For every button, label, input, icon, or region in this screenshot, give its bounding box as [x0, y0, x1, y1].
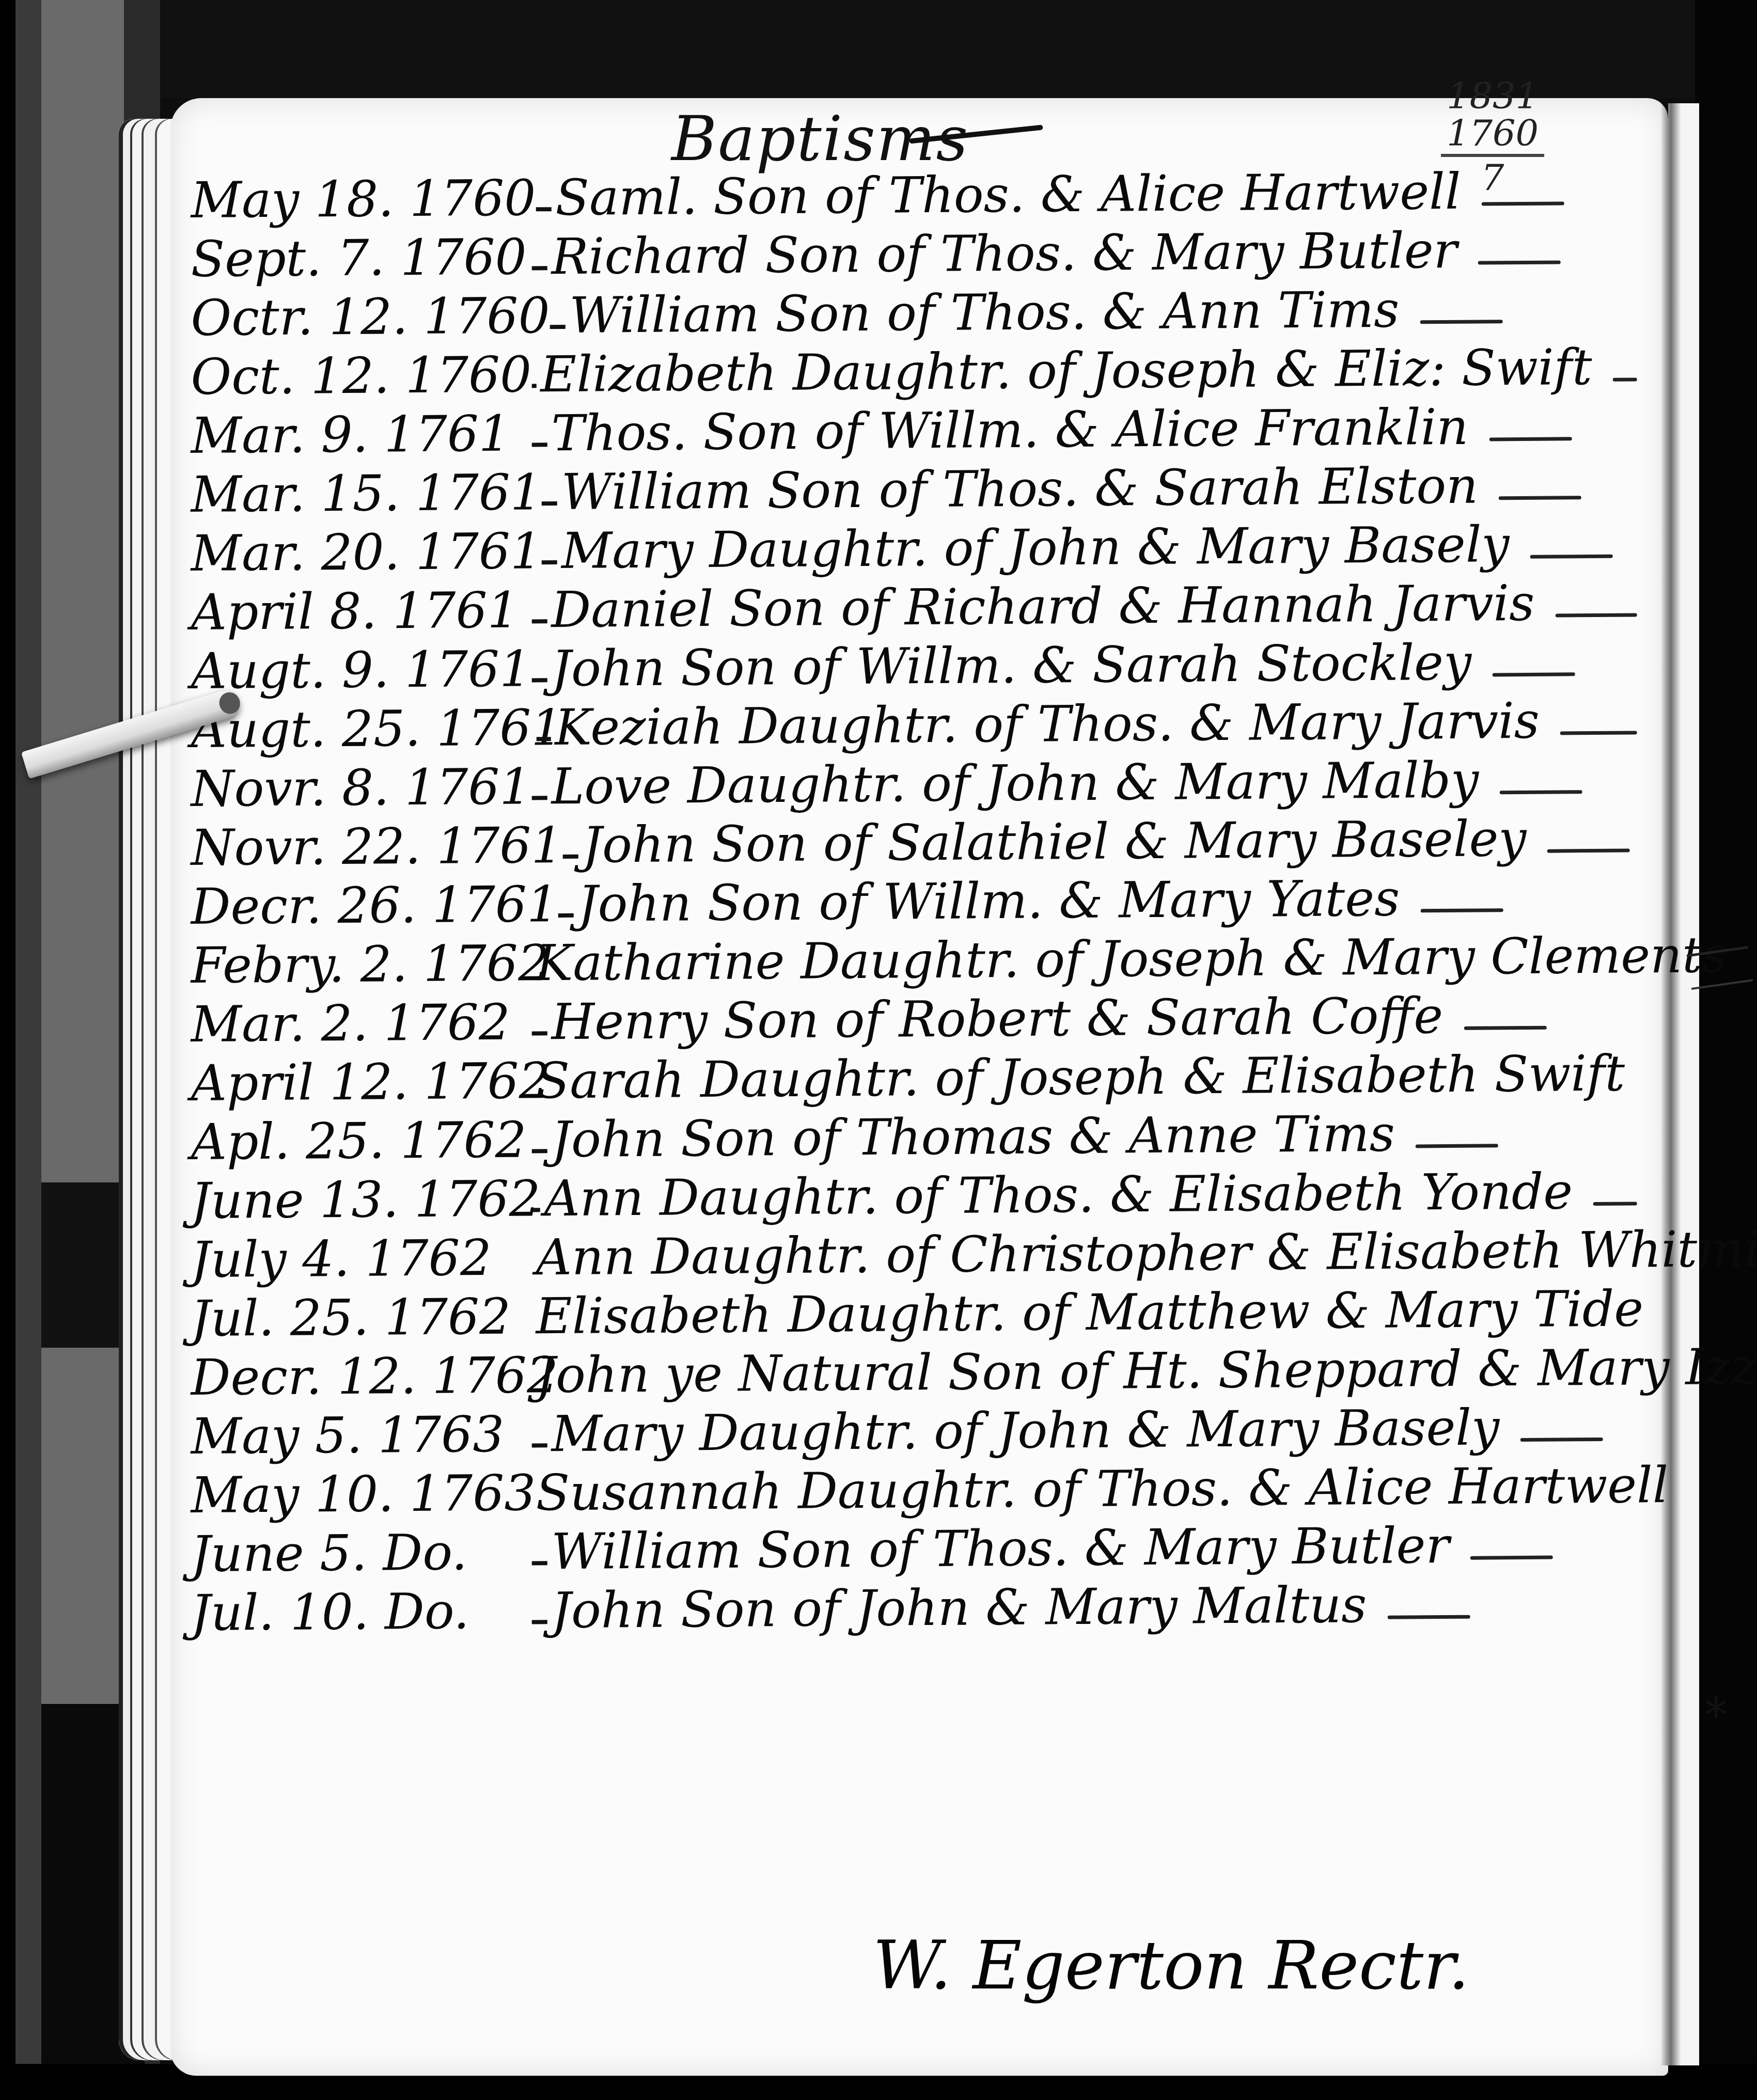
entry-text: William Son of Thos. & Sarah Elston	[561, 457, 1479, 521]
entry-line-filler	[1420, 908, 1503, 912]
entry-dash	[532, 266, 547, 270]
entry-text: Saml. Son of Thos. & Alice Hartwell	[555, 163, 1461, 227]
reference-note-line: 1760	[1436, 115, 1549, 152]
entry-line-filler	[1520, 1438, 1603, 1442]
baptism-register: May 18. 1760Saml. Son of Thos. & Alice H…	[191, 170, 1637, 1642]
entry-text: Ann Daughtr. of Christopher & Elisabeth …	[536, 1220, 1757, 1287]
entry-date: Mar. 2. 1762	[191, 993, 532, 1053]
entry-dash	[532, 443, 547, 447]
reference-note-line: 1831	[1436, 77, 1549, 115]
entry-date: Jul. 25. 1762	[191, 1287, 532, 1348]
entry-date: Decr. 12. 1762	[191, 1346, 532, 1407]
entry-dash	[563, 855, 578, 859]
entry-date: July 4. 1762	[191, 1228, 532, 1289]
register-entry: Apl. 25. 1762John Son of Thomas & Anne T…	[191, 1102, 1637, 1171]
entry-date: May 18. 1760	[191, 169, 536, 229]
entry-line-filler	[1593, 1202, 1637, 1206]
register-entry: Octr. 12. 1760William Son of Thos. & Ann…	[191, 278, 1637, 347]
register-entry: Augt. 25. 1761Keziah Daughtr. of Thos. &…	[191, 690, 1637, 759]
entry-dash	[536, 737, 551, 741]
entry-line-filler	[1530, 555, 1613, 559]
entry-date: Sept. 7. 1760	[191, 228, 532, 288]
entry-text: Ann Daughtr. of Thos. & Elisabeth Yonde	[544, 1162, 1573, 1227]
entry-dash	[532, 384, 537, 388]
register-entry: Febry. 2. 1762Katharine Daughtr. of Jose…	[191, 925, 1637, 994]
entry-line-filler	[1464, 1026, 1546, 1030]
entry-date: May 10. 1763	[191, 1464, 532, 1524]
entry-date: April 12. 1762	[191, 1052, 532, 1112]
entry-line-filler	[1478, 260, 1561, 264]
entry-date: Augt. 25. 1761	[191, 699, 536, 759]
entry-text: Daniel Son of Richard & Hannah Jarvis	[551, 574, 1535, 639]
entry-line-filler	[1499, 790, 1582, 794]
entry-dash	[550, 325, 566, 329]
asterisk-mark: *	[1704, 1688, 1728, 1743]
entry-line-filler	[1492, 672, 1575, 676]
register-entry: Oct. 12. 1760Elizabeth Daughtr. of Josep…	[191, 337, 1637, 406]
register-entry: Mar. 15. 1761William Son of Thos. & Sara…	[191, 454, 1637, 524]
entry-line-filler	[1482, 201, 1564, 206]
register-entry: Decr. 12. 1762John ye Natural Son of Ht.…	[191, 1337, 1637, 1407]
entry-dash	[532, 1208, 540, 1212]
register-entry: June 13. 1762Ann Daughtr. of Thos. & Eli…	[191, 1161, 1637, 1230]
entry-text: John Son of Willm. & Sarah Stockley	[551, 634, 1471, 698]
entry-line-filler	[1613, 377, 1637, 381]
entry-line-filler	[1416, 1144, 1498, 1148]
entry-text: John Son of Willm. & Mary Yates	[578, 870, 1400, 933]
register-entry: May 5. 1763Mary Daughtr. of John & Mary …	[191, 1396, 1637, 1465]
entry-date: Novr. 22. 1761	[191, 816, 563, 877]
entry-date: Augt. 9. 1761	[191, 640, 532, 700]
entry-date: Novr. 8. 1761	[191, 757, 532, 818]
register-entry: Mar. 9. 1761Thos. Son of Willm. & Alice …	[191, 396, 1637, 465]
entry-text: William Son of Thos. & Ann Tims	[569, 281, 1400, 344]
register-entry: April 8. 1761Daniel Son of Richard & Han…	[191, 572, 1637, 641]
register-entry: Mar. 20. 1761Mary Daughtr. of John & Mar…	[191, 513, 1637, 582]
entry-text: Susannah Daughtr. of Thos. & Alice Hartw…	[536, 1456, 1669, 1522]
register-entry: Novr. 22. 1761John Son of Salathiel & Ma…	[191, 808, 1637, 877]
entry-text: Henry Son of Robert & Sarah Coffe	[551, 987, 1443, 1051]
register-entry: Sept. 7. 1760Richard Son of Thos. & Mary…	[191, 219, 1637, 288]
entry-line-filler	[1470, 1556, 1552, 1560]
entry-date: Mar. 15. 1761	[191, 463, 542, 524]
register-entry: May 18. 1760Saml. Son of Thos. & Alice H…	[191, 160, 1637, 229]
entry-date: Decr. 26. 1761	[191, 875, 558, 936]
entry-dash	[542, 560, 557, 564]
entry-text: Katharine Daughtr. of Joseph & Mary Clem…	[536, 926, 1728, 992]
entry-dash	[558, 913, 574, 918]
entry-text: Elizabeth Daughtr. of Joseph & Eliz: Swi…	[540, 338, 1592, 403]
entry-text: Keziah Daughtr. of Thos. & Mary Jarvis	[555, 692, 1540, 756]
register-entry: May 10. 1763Susannah Daughtr. of Thos. &…	[191, 1455, 1637, 1524]
register-entry: July 4. 1762Ann Daughtr. of Christopher …	[191, 1220, 1637, 1289]
entry-line-filler	[1420, 320, 1502, 324]
register-entry: Jul. 10. Do.John Son of John & Mary Malt…	[191, 1573, 1637, 1642]
entry-text: Love Daughtr. of John & Mary Malby	[551, 751, 1479, 816]
register-entry: Mar. 2. 1762Henry Son of Robert & Sarah …	[191, 984, 1637, 1053]
entry-date: Febry. 2. 1762	[191, 934, 532, 994]
entry-date: April 8. 1761	[191, 581, 532, 641]
register-entry: June 5. Do.William Son of Thos. & Mary B…	[191, 1514, 1637, 1583]
rector-signature: W. Egerton Rectr.	[873, 1926, 1469, 2004]
entry-dash	[532, 1149, 547, 1153]
register-entry: April 12. 1762Sarah Daughtr. of Joseph &…	[191, 1043, 1637, 1112]
entry-date: Oct. 12. 1760	[191, 345, 532, 406]
entry-line-filler	[1499, 496, 1581, 500]
entry-line-filler	[1547, 849, 1630, 853]
entry-date: Mar. 20. 1761	[191, 522, 542, 582]
entry-dash	[542, 501, 557, 506]
entry-dash	[532, 1443, 547, 1447]
entry-text: Richard Son of Thos. & Mary Butler	[551, 222, 1457, 286]
entry-text: John ye Natural Son of Ht. Sheppard & Ma…	[536, 1337, 1757, 1404]
entry-date: Mar. 9. 1761	[191, 404, 532, 465]
entry-text: Elisabeth Daughtr. of Matthew & Mary Tid…	[536, 1280, 1643, 1345]
entry-date: Apl. 25. 1762	[191, 1111, 532, 1171]
entry-dash	[532, 1561, 547, 1565]
entry-text: John Son of Salathiel & Mary Baseley	[582, 810, 1527, 874]
entry-text: Sarah Daughtr. of Joseph & Elisabeth Swi…	[536, 1045, 1625, 1110]
entry-text: William Son of Thos. & Mary Butler	[551, 1517, 1450, 1581]
entry-date: June 5. Do.	[191, 1523, 532, 1583]
entry-text: Mary Daughtr. of John & Mary Basely	[561, 515, 1510, 580]
entry-text: John Son of Thomas & Anne Tims	[551, 1105, 1395, 1169]
entry-date: June 13. 1762	[191, 1170, 532, 1230]
entry-dash	[532, 1031, 547, 1035]
entry-date: Jul. 10. Do.	[191, 1582, 532, 1642]
entry-dash	[532, 678, 547, 682]
entry-text: John Son of John & Mary Maltus	[551, 1576, 1367, 1639]
entry-date: Octr. 12. 1760	[191, 287, 550, 347]
register-entry: Decr. 26. 1761John Son of Willm. & Mary …	[191, 866, 1637, 936]
entry-dash	[532, 619, 547, 623]
entry-line-filler	[1387, 1615, 1470, 1619]
gutter-shadow	[1660, 103, 1681, 2065]
entry-date: May 5. 1763	[191, 1405, 532, 1465]
entry-dash	[532, 1620, 547, 1624]
entry-dash	[536, 207, 551, 211]
background-right	[1695, 0, 1757, 2100]
entry-line-filler	[1556, 613, 1637, 617]
register-entry: Jul. 25. 1762Elisabeth Daughtr. of Matth…	[191, 1278, 1637, 1348]
entry-text: Thos. Son of Willm. & Alice Franklin	[551, 398, 1468, 462]
entry-line-filler	[1489, 437, 1572, 441]
register-entry: Augt. 9. 1761John Son of Willm. & Sarah …	[191, 631, 1637, 700]
entry-dash	[532, 796, 547, 800]
register-entry: Novr. 8. 1761Love Daughtr. of John & Mar…	[191, 749, 1637, 818]
entry-text: Mary Daughtr. of John & Mary Basely	[551, 1398, 1499, 1463]
entry-line-filler	[1560, 731, 1637, 735]
